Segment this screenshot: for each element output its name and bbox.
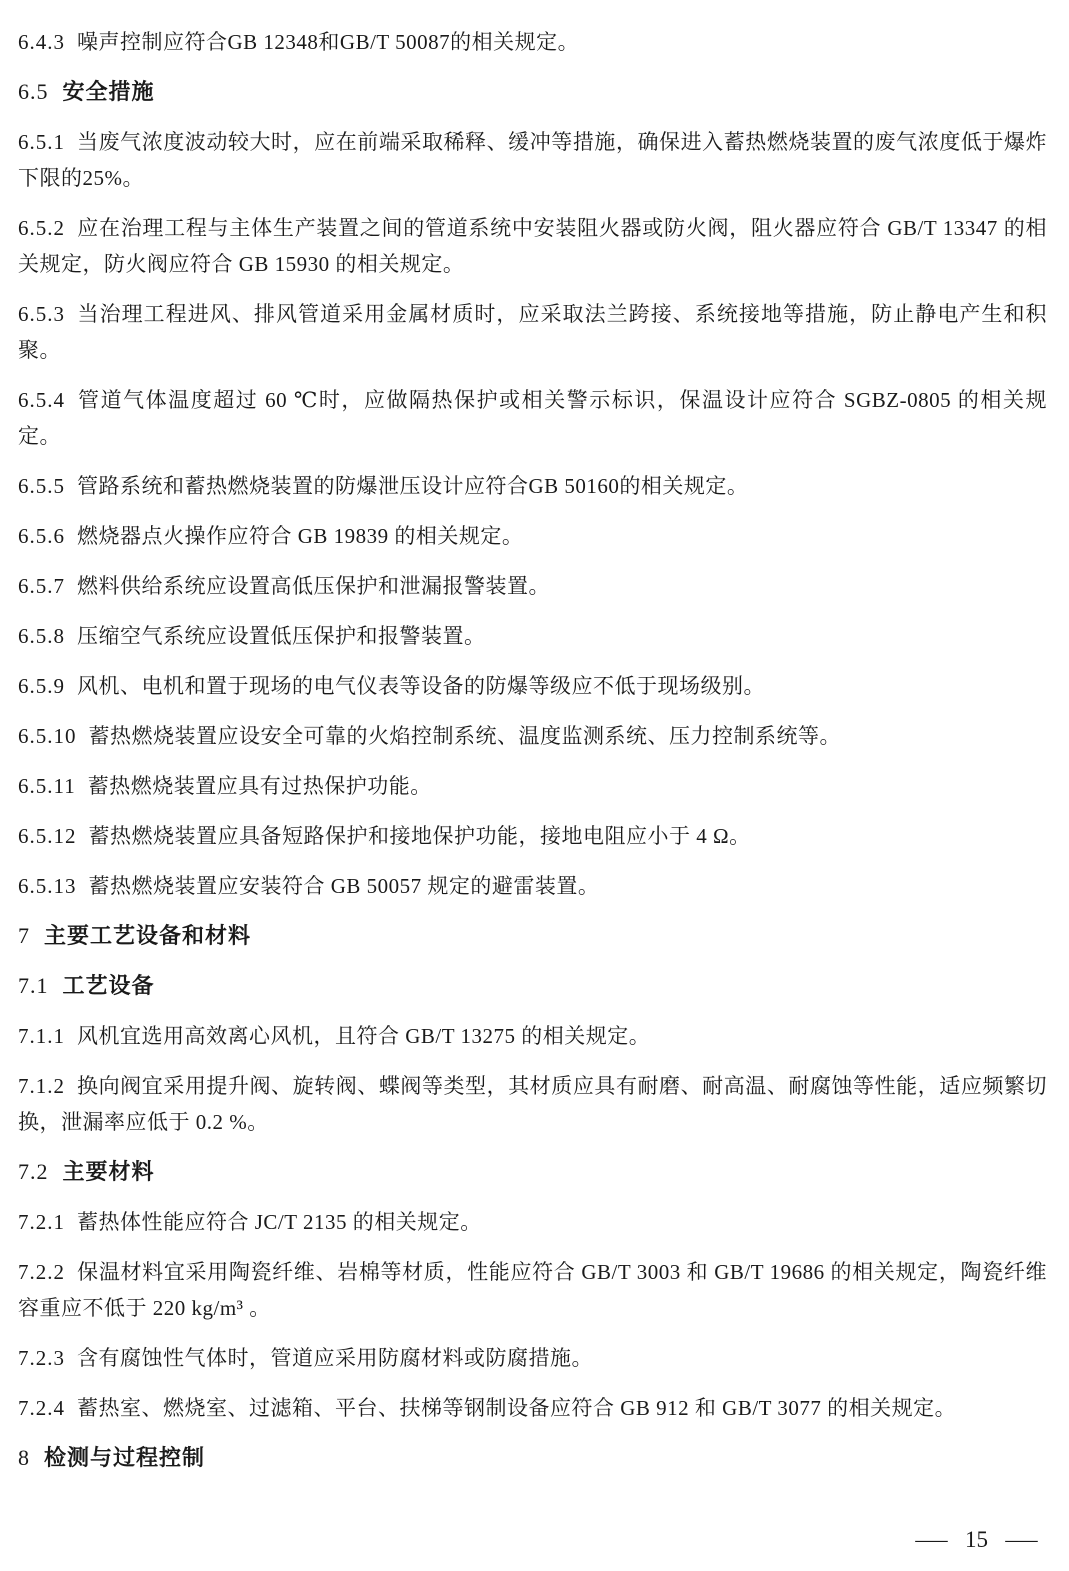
- clause-text: 当废气浓度波动较大时，应在前端采取稀释、缓冲等措施，确保进入蓄热燃烧装置的废气浓…: [18, 130, 1047, 190]
- clause-number: 7.1.1: [18, 1024, 65, 1048]
- section-title: 安全措施: [63, 79, 155, 104]
- clause-text: 蓄热燃烧装置应具备短路保护和接地保护功能，接地电阻应小于 4 Ω。: [89, 824, 751, 848]
- clause-number: 6.5.8: [18, 624, 65, 648]
- page-footer: — 15 —: [920, 1525, 1033, 1555]
- clause-number: 7.2.4: [18, 1396, 65, 1420]
- clause-number: 7.2.1: [18, 1210, 65, 1234]
- clause-text: 保温材料宜采用陶瓷纤维、岩棉等材质，性能应符合 GB/T 3003 和 GB/T…: [18, 1260, 1047, 1320]
- clause-number: 6.5.5: [18, 474, 65, 498]
- clause-number: 6.5.9: [18, 674, 65, 698]
- clause-7-2-4: 7.2.4蓄热室、燃烧室、过滤箱、平台、扶梯等钢制设备应符合 GB 912 和 …: [18, 1390, 1047, 1426]
- clause-text: 管路系统和蓄热燃烧装置的防爆泄压设计应符合GB 50160的相关规定。: [77, 474, 748, 498]
- clause-text: 管道气体温度超过 60 ℃时，应做隔热保护或相关警示标识，保温设计应符合 SGB…: [18, 388, 1047, 448]
- clause-text: 应在治理工程与主体生产装置之间的管道系统中安装阻火器或防火阀，阻火器应符合 GB…: [18, 216, 1047, 276]
- clause-number: 7.2.2: [18, 1260, 65, 1284]
- section-heading-6-5: 6.5安全措施: [18, 74, 1047, 110]
- clause-text: 含有腐蚀性气体时，管道应采用防腐材料或防腐措施。: [77, 1346, 593, 1370]
- clause-number: 6.5.2: [18, 216, 65, 240]
- clause-number: 6.5.10: [18, 724, 77, 748]
- clause-text: 换向阀宜采用提升阀、旋转阀、蝶阀等类型，其材质应具有耐磨、耐高温、耐腐蚀等性能，…: [18, 1074, 1047, 1134]
- clause-text: 压缩空气系统应设置低压保护和报警装置。: [77, 624, 486, 648]
- clause-6-5-2: 6.5.2应在治理工程与主体生产装置之间的管道系统中安装阻火器或防火阀，阻火器应…: [18, 210, 1047, 282]
- clause-6-5-4: 6.5.4管道气体温度超过 60 ℃时，应做隔热保护或相关警示标识，保温设计应符…: [18, 382, 1047, 454]
- clause-text: 蓄热燃烧装置应安装符合 GB 50057 规定的避雷装置。: [89, 874, 600, 898]
- clause-7-2-3: 7.2.3含有腐蚀性气体时，管道应采用防腐材料或防腐措施。: [18, 1340, 1047, 1376]
- clause-6-5-13: 6.5.13蓄热燃烧装置应安装符合 GB 50057 规定的避雷装置。: [18, 868, 1047, 904]
- section-title: 主要工艺设备和材料: [44, 923, 251, 948]
- clause-text: 噪声控制应符合GB 12348和GB/T 50087的相关规定。: [77, 30, 579, 54]
- section-number: 7: [18, 923, 30, 948]
- section-heading-7-2: 7.2主要材料: [18, 1154, 1047, 1190]
- clause-text: 燃料供给系统应设置高低压保护和泄漏报警装置。: [77, 574, 550, 598]
- clause-number: 6.5.11: [18, 774, 76, 798]
- clause-number: 6.5.12: [18, 824, 77, 848]
- clause-6-5-5: 6.5.5管路系统和蓄热燃烧装置的防爆泄压设计应符合GB 50160的相关规定。: [18, 468, 1047, 504]
- clause-6-5-12: 6.5.12蓄热燃烧装置应具备短路保护和接地保护功能，接地电阻应小于 4 Ω。: [18, 818, 1047, 854]
- section-number: 7.1: [18, 973, 49, 998]
- clause-7-1-2: 7.1.2换向阀宜采用提升阀、旋转阀、蝶阀等类型，其材质应具有耐磨、耐高温、耐腐…: [18, 1068, 1047, 1140]
- clause-7-2-2: 7.2.2保温材料宜采用陶瓷纤维、岩棉等材质，性能应符合 GB/T 3003 和…: [18, 1254, 1047, 1326]
- clause-6-5-11: 6.5.11蓄热燃烧装置应具有过热保护功能。: [18, 768, 1047, 804]
- clause-number: 6.5.13: [18, 874, 77, 898]
- document-page: 6.4.3噪声控制应符合GB 12348和GB/T 50087的相关规定。 6.…: [0, 0, 1069, 1571]
- clause-text: 当治理工程进风、排风管道采用金属材质时，应采取法兰跨接、系统接地等措施，防止静电…: [18, 302, 1047, 362]
- section-heading-7-1: 7.1工艺设备: [18, 968, 1047, 1004]
- clause-number: 7.2.3: [18, 1346, 65, 1370]
- clause-text: 蓄热燃烧装置应具有过热保护功能。: [88, 774, 432, 798]
- clause-text: 风机宜选用高效离心风机，且符合 GB/T 13275 的相关规定。: [77, 1024, 650, 1048]
- section-title: 工艺设备: [63, 973, 155, 998]
- section-heading-8: 8检测与过程控制: [18, 1440, 1047, 1476]
- clause-number: 6.5.6: [18, 524, 65, 548]
- clause-6-4-3: 6.4.3噪声控制应符合GB 12348和GB/T 50087的相关规定。: [18, 24, 1047, 60]
- section-number: 7.2: [18, 1159, 49, 1184]
- clause-6-5-1: 6.5.1当废气浓度波动较大时，应在前端采取稀释、缓冲等措施，确保进入蓄热燃烧装…: [18, 124, 1047, 196]
- clause-text: 蓄热室、燃烧室、过滤箱、平台、扶梯等钢制设备应符合 GB 912 和 GB/T …: [77, 1396, 956, 1420]
- clause-number: 6.4.3: [18, 30, 65, 54]
- clause-number: 6.5.7: [18, 574, 65, 598]
- clause-7-1-1: 7.1.1风机宜选用高效离心风机，且符合 GB/T 13275 的相关规定。: [18, 1018, 1047, 1054]
- clause-6-5-3: 6.5.3当治理工程进风、排风管道采用金属材质时，应采取法兰跨接、系统接地等措施…: [18, 296, 1047, 368]
- clause-text: 燃烧器点火操作应符合 GB 19839 的相关规定。: [77, 524, 523, 548]
- clause-6-5-9: 6.5.9风机、电机和置于现场的电气仪表等设备的防爆等级应不低于现场级别。: [18, 668, 1047, 704]
- clause-text: 蓄热燃烧装置应设安全可靠的火焰控制系统、温度监测系统、压力控制系统等。: [89, 724, 842, 748]
- clause-number: 7.1.2: [18, 1074, 65, 1098]
- footer-dash-left: —: [915, 1525, 947, 1555]
- section-number: 6.5: [18, 79, 49, 104]
- clause-number: 6.5.1: [18, 130, 65, 154]
- footer-dash-right: —: [1005, 1525, 1037, 1555]
- page-number: 15: [965, 1525, 988, 1555]
- clause-number: 6.5.4: [18, 388, 65, 412]
- clause-7-2-1: 7.2.1蓄热体性能应符合 JC/T 2135 的相关规定。: [18, 1204, 1047, 1240]
- clause-6-5-10: 6.5.10蓄热燃烧装置应设安全可靠的火焰控制系统、温度监测系统、压力控制系统等…: [18, 718, 1047, 754]
- clause-text: 蓄热体性能应符合 JC/T 2135 的相关规定。: [77, 1210, 482, 1234]
- clause-6-5-6: 6.5.6燃烧器点火操作应符合 GB 19839 的相关规定。: [18, 518, 1047, 554]
- clause-6-5-8: 6.5.8压缩空气系统应设置低压保护和报警装置。: [18, 618, 1047, 654]
- clause-number: 6.5.3: [18, 302, 65, 326]
- section-title: 检测与过程控制: [44, 1445, 205, 1470]
- section-title: 主要材料: [63, 1159, 155, 1184]
- clause-text: 风机、电机和置于现场的电气仪表等设备的防爆等级应不低于现场级别。: [77, 674, 765, 698]
- section-number: 8: [18, 1445, 30, 1470]
- section-heading-7: 7主要工艺设备和材料: [18, 918, 1047, 954]
- clause-6-5-7: 6.5.7燃料供给系统应设置高低压保护和泄漏报警装置。: [18, 568, 1047, 604]
